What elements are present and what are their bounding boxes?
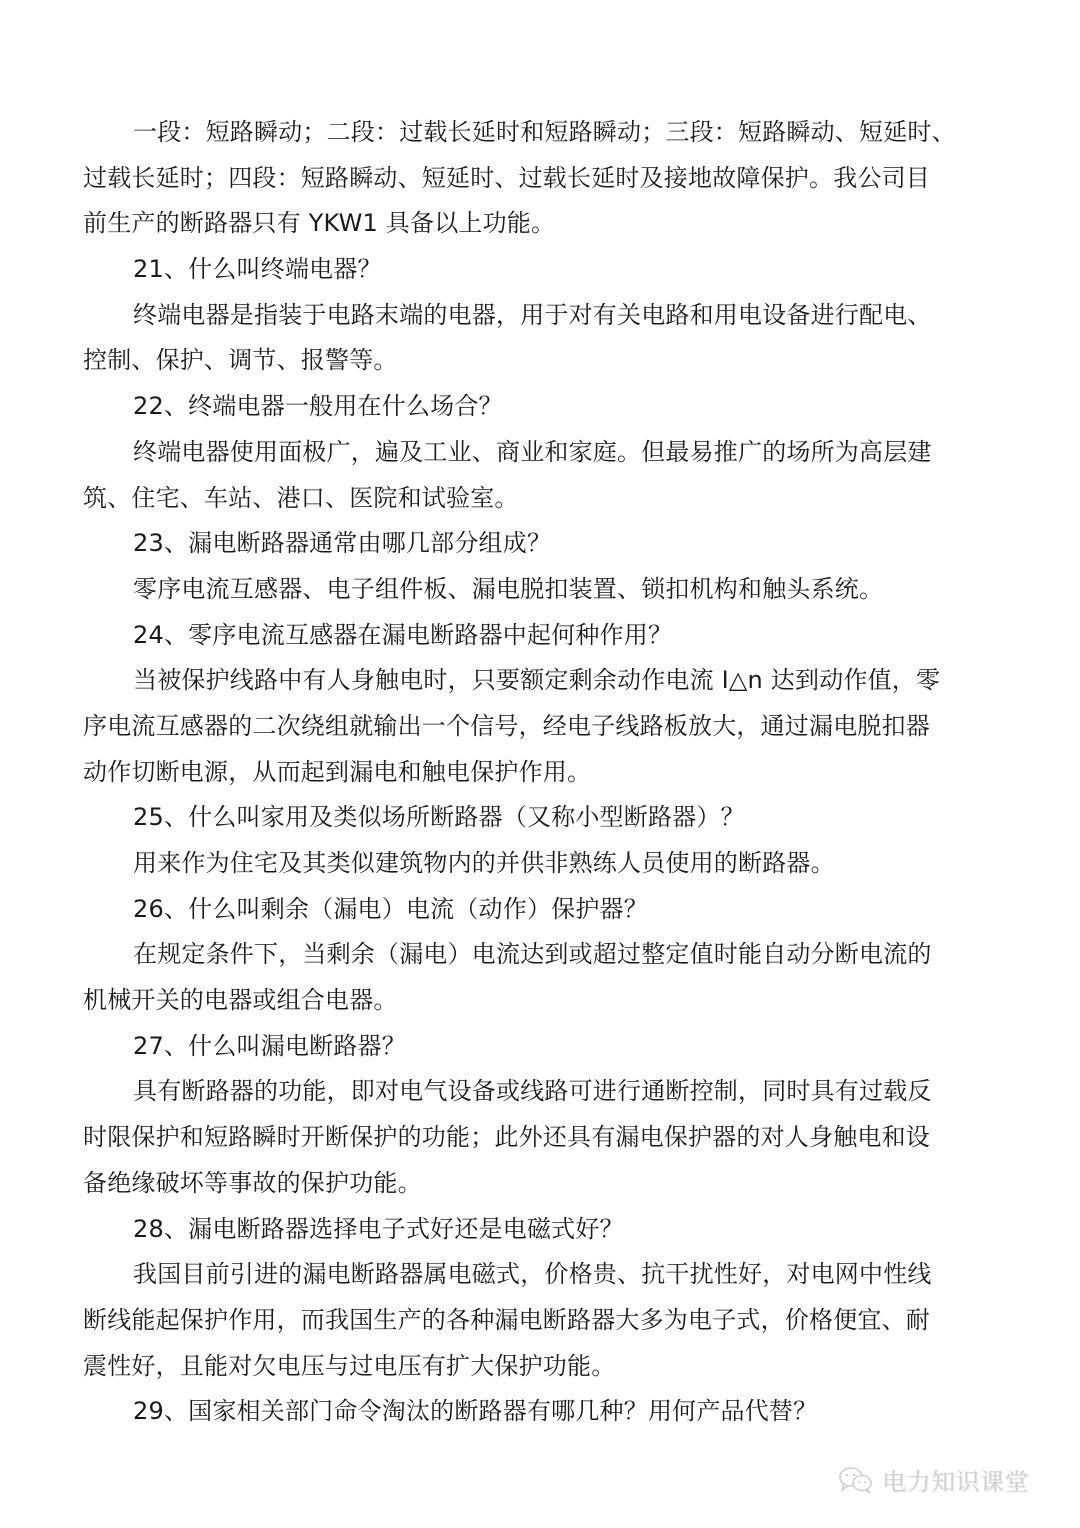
text-line: 动作切断电源，从而起到漏电和触电保护作用。	[83, 750, 993, 796]
text-line: 机械开关的电器或组合电器。	[83, 978, 993, 1024]
text-line: 过载长延时；四段：短路瞬动、短延时、过载长延时及接地故障保护。我公司目	[83, 156, 993, 202]
text-line: 筑、住宅、车站、港口、医院和试验室。	[83, 476, 993, 522]
text-line: 备绝缘破坏等事故的保护功能。	[83, 1161, 993, 1207]
question-heading: 27、什么叫漏电断路器？	[83, 1024, 993, 1070]
text-line: 时限保护和短路瞬时开断保护的功能；此外还具有漏电保护器的对人身触电和设	[83, 1115, 993, 1161]
question-heading: 29、国家相关部门命令淘汰的断路器有哪几种？用何产品代替？	[83, 1389, 993, 1435]
question-heading: 23、漏电断路器通常由哪几部分组成？	[83, 521, 993, 567]
text-line: 序电流互感器的二次绕组就输出一个信号，经电子线路板放大，通过漏电脱扣器	[83, 704, 993, 750]
watermark-text: 电力知识课堂	[882, 1462, 1029, 1497]
text-line: 断线能起保护作用，而我国生产的各种漏电断路器大多为电子式，价格便宜、耐	[83, 1298, 993, 1344]
watermark: 电力知识课堂	[838, 1462, 1029, 1497]
question-heading: 24、零序电流互感器在漏电断路器中起何种作用？	[83, 613, 993, 659]
question-heading: 25、什么叫家用及类似场所断路器（又称小型断路器）？	[83, 795, 993, 841]
text-line: 我国目前引进的漏电断路器属电磁式，价格贵、抗干扰性好，对电网中性线	[83, 1252, 993, 1298]
question-heading: 21、什么叫终端电器？	[83, 247, 993, 293]
document-page: 一段：短路瞬动；二段：过载长延时和短路瞬动；三段：短路瞬动、短延时、 过载长延时…	[83, 110, 993, 1435]
text-line: 控制、保护、调节、报警等。	[83, 338, 993, 384]
question-heading: 22、终端电器一般用在什么场合？	[83, 384, 993, 430]
question-heading: 28、漏电断路器选择电子式好还是电磁式好？	[83, 1207, 993, 1253]
text-line: 震性好，且能对欠电压与过电压有扩大保护功能。	[83, 1344, 993, 1390]
text-line: 在规定条件下，当剩余（漏电）电流达到或超过整定值时能自动分断电流的	[83, 932, 993, 978]
text-line: 终端电器使用面极广，遍及工业、商业和家庭。但最易推广的场所为高层建	[83, 430, 993, 476]
text-line: 前生产的断路器只有 YKW1 具备以上功能。	[83, 201, 993, 247]
text-line: 零序电流互感器、电子组件板、漏电脱扣装置、锁扣机构和触头系统。	[83, 567, 993, 613]
text-line: 终端电器是指装于电路末端的电器，用于对有关电路和用电设备进行配电、	[83, 293, 993, 339]
wechat-icon	[838, 1465, 874, 1495]
text-line: 当被保护线路中有人身触电时，只要额定剩余动作电流 I△n 达到动作值，零	[83, 658, 993, 704]
question-heading: 26、什么叫剩余（漏电）电流（动作）保护器？	[83, 887, 993, 933]
text-line: 具有断路器的功能，即对电气设备或线路可进行通断控制，同时具有过载反	[83, 1069, 993, 1115]
text-line: 用来作为住宅及其类似建筑物内的并供非熟练人员使用的断路器。	[83, 841, 993, 887]
text-line: 一段：短路瞬动；二段：过载长延时和短路瞬动；三段：短路瞬动、短延时、	[83, 110, 993, 156]
